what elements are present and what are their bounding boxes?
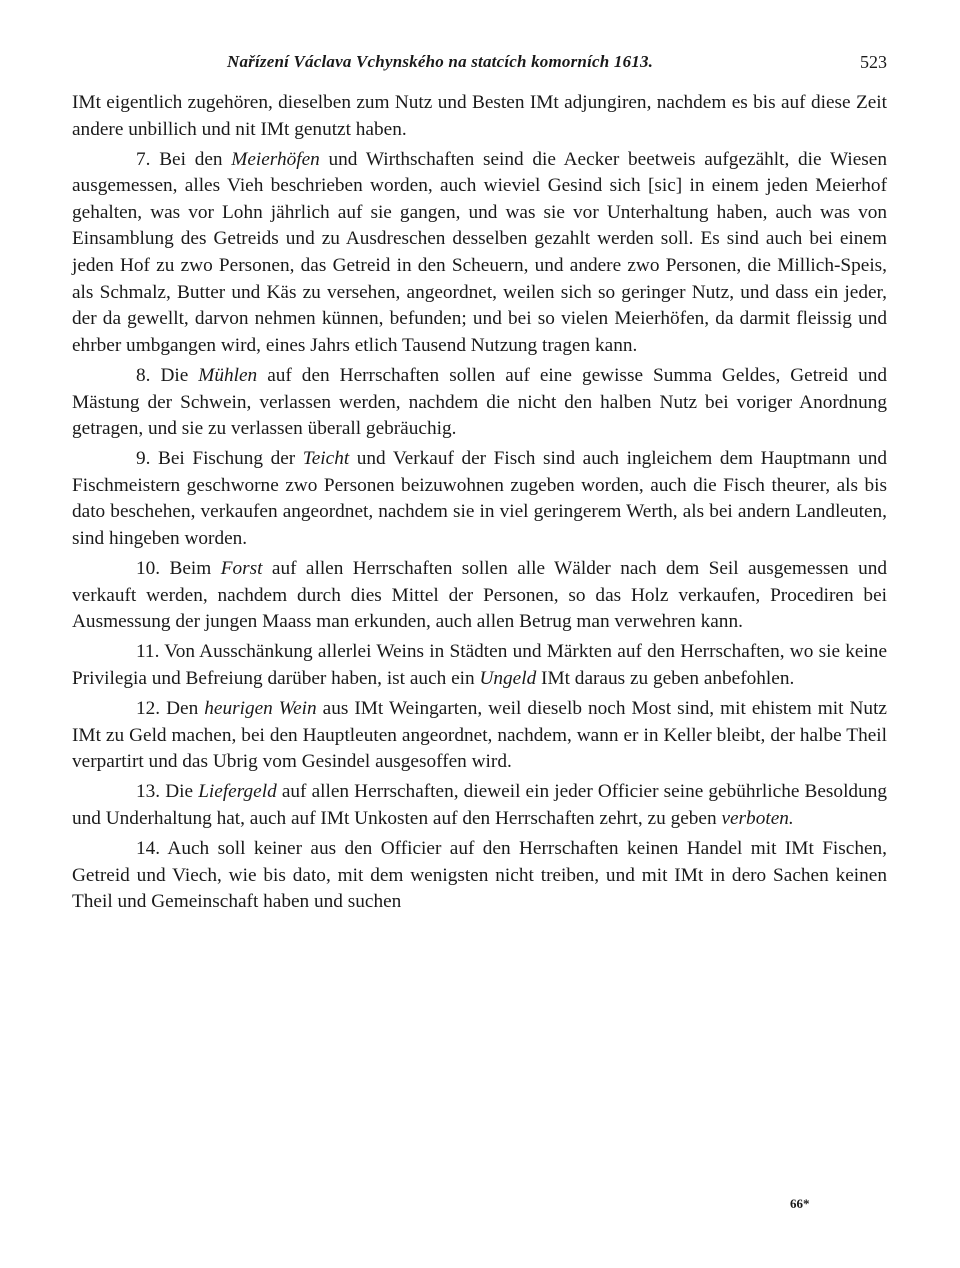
signature-mark: 66* [790, 1196, 810, 1212]
emphasis-term: Meierhöfen [231, 149, 320, 170]
paragraph-8: 8. Die Mühlen auf den Herrschaften solle… [72, 363, 887, 443]
running-header: Nařízení Václava Vchynského na statcích … [72, 52, 887, 82]
emphasis-term: heurigen Wein [204, 698, 316, 719]
page-number: 523 [860, 52, 887, 73]
paragraph-text: IMt daraus zu geben anbefohlen. [536, 668, 794, 689]
paragraph-11: 11. Von Ausschänkung allerlei Weins in S… [72, 639, 887, 692]
paragraph-text: Den [160, 698, 204, 719]
paragraph-text: und Wirthschaften seind die Aecker beetw… [72, 149, 887, 356]
paragraph-14: 14. Auch soll keiner aus den Officier au… [72, 836, 887, 916]
paragraph-number: 9. [136, 448, 150, 469]
emphasis-term: Mühlen [198, 365, 257, 386]
emphasis-term: Teicht [303, 448, 349, 469]
paragraph-text: Die [150, 365, 198, 386]
paragraph-text: Auch soll keiner aus den Officier auf de… [72, 838, 887, 912]
paragraph-10: 10. Beim Forst auf allen Herrschaften so… [72, 556, 887, 636]
page-body: IMt eigentlich zugehören, dieselben zum … [72, 90, 887, 919]
paragraph-number: 13. [136, 781, 160, 802]
running-title: Nařízení Václava Vchynského na statcích … [227, 52, 653, 72]
paragraph-13: 13. Die Liefergeld auf allen Herrschafte… [72, 779, 887, 832]
paragraph-text: Bei Fischung der [150, 448, 302, 469]
emphasis-term: Ungeld [479, 668, 536, 689]
paragraph-text: Die [160, 781, 198, 802]
emphasis-term: Forst [221, 558, 263, 579]
paragraph-number: 7. [136, 149, 150, 170]
paragraph-number: 12. [136, 698, 160, 719]
paragraph-text: Bei den [150, 149, 231, 170]
paragraph-number: 14. [136, 838, 160, 859]
paragraph-continuation: IMt eigentlich zugehören, dieselben zum … [72, 90, 887, 143]
paragraph-number: 10. [136, 558, 160, 579]
paragraph-number: 8. [136, 365, 150, 386]
emphasis-term: verboten. [721, 808, 793, 829]
paragraph-text: IMt eigentlich zugehören, dieselben zum … [72, 92, 887, 140]
paragraph-9: 9. Bei Fischung der Teicht und Verkauf d… [72, 446, 887, 552]
paragraph-7: 7. Bei den Meierhöfen und Wirthschaften … [72, 147, 887, 360]
paragraph-number: 11. [136, 641, 159, 662]
emphasis-term: Liefergeld [198, 781, 277, 802]
paragraph-text: Beim [160, 558, 221, 579]
paragraph-12: 12. Den heurigen Wein aus IMt Weingarten… [72, 696, 887, 776]
